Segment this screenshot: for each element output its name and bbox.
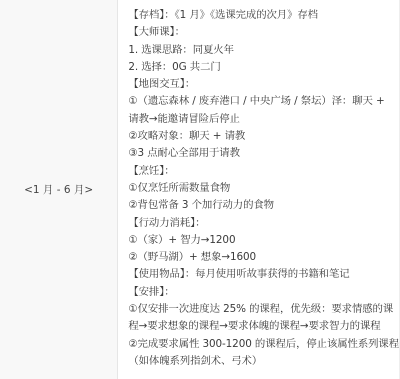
action-cost-item-2: ②（野马湖）+ 想象→1600 [128, 249, 399, 266]
schedule-item-2-cont: （如体魄系列指剑术、弓术） [128, 353, 399, 370]
map-interaction-item-2: ②攻略对象：聊天 + 请教 [128, 128, 399, 145]
cooking-item-2: ②背包常备 3 个加行动力的食物 [128, 197, 399, 214]
action-cost-item-1: ①（家）+ 智力→1200 [128, 232, 399, 249]
masterclass-item-2: 2. 选择：0G 共二门 [128, 59, 399, 76]
schedule-item-2: ②完成要求属性 300-1200 的课程后，停止该属性系列课程 [128, 336, 399, 353]
masterclass-item-1: 1. 选课思路：同夏火年 [128, 42, 399, 59]
content-cell: 【存档】：《1 月》《选课完成的次月》存档 【大师课】： 1. 选课思路：同夏火… [118, 0, 400, 379]
masterclass-heading: 【大师课】： [128, 24, 399, 41]
use-items-line: 【使用物品】：每月使用听故事获得的书籍和笔记 [128, 266, 399, 283]
period-label: <1 月 - 6 月> [24, 182, 93, 197]
map-interaction-item-3: ③3 点耐心全部用于请教 [128, 145, 399, 162]
map-interaction-item-1-cont: 请教→能邀请冒险后停止 [128, 111, 399, 128]
action-cost-heading: 【行动力消耗】： [128, 215, 399, 232]
cooking-item-1: ①仅烹饪所需数量食物 [128, 180, 399, 197]
period-cell: <1 月 - 6 月> [0, 0, 118, 379]
map-interaction-item-1: ①（遗忘森林 / 废弃港口 / 中央广场 / 祭坛）泽：聊天 + [128, 93, 399, 110]
cooking-heading: 【烹饪】： [128, 163, 399, 180]
map-interaction-heading: 【地图交互】： [128, 76, 399, 93]
strategy-table: <1 月 - 6 月> 【存档】：《1 月》《选课完成的次月》存档 【大师课】：… [0, 0, 400, 379]
save-line: 【存档】：《1 月》《选课完成的次月》存档 [128, 7, 399, 24]
schedule-heading: 【安排】： [128, 284, 399, 301]
schedule-item-1: ①仅安排一次进度达 25% 的课程，优先级：要求情感的课 [128, 301, 399, 318]
schedule-item-1-cont: 程→要求想象的课程→要求体魄的课程→要求智力的课程 [128, 318, 399, 335]
